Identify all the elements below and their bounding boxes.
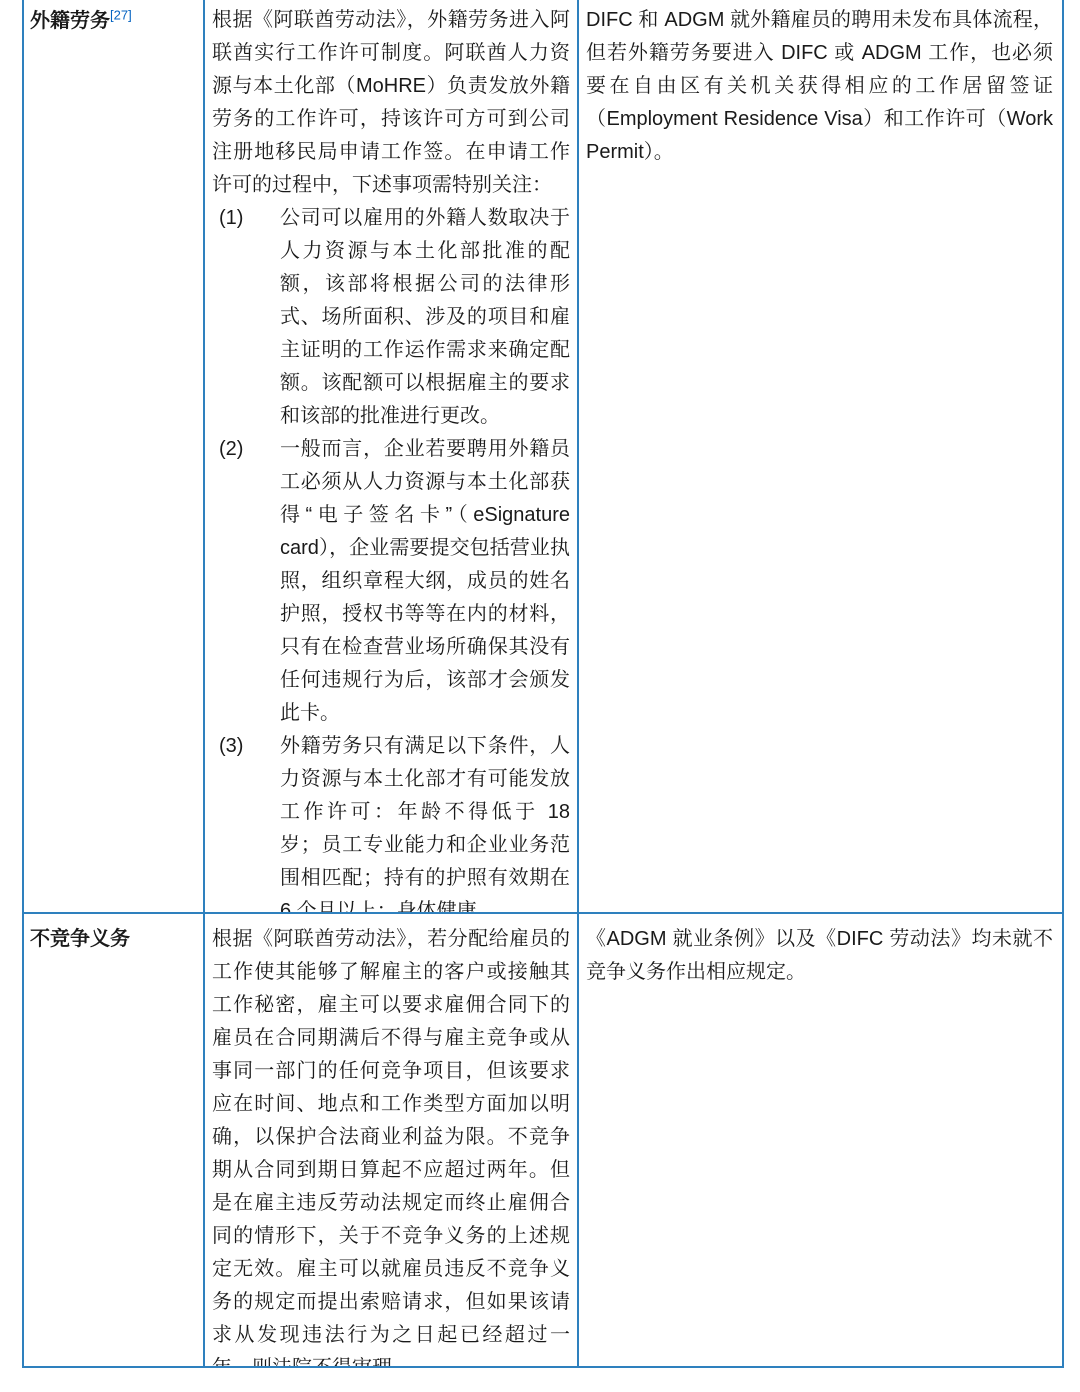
- list-item-number: (2): [212, 433, 280, 730]
- uae-law-cell-non-compete: 根据《阿联酋劳动法》，若分配给雇员的工作使其能够了解雇主的客户或接触其工作秘密，…: [203, 912, 577, 1366]
- document-page: 外籍劳务[27] 根据《阿联酋劳动法》，外籍劳务进入阿联酋实行工作许可制度。阿联…: [0, 0, 1080, 1392]
- list-item-number: (3): [212, 730, 280, 912]
- row-header-foreign-labor: 外籍劳务[27]: [24, 0, 203, 912]
- uae-law-numbered-list: (1) 公司可以雇用的外籍人数取决于人力资源与本土化部批准的配额，该部将根据公司…: [212, 202, 570, 912]
- footnote-reference-27[interactable]: [27]: [110, 7, 132, 22]
- free-zone-cell-non-compete: 《ADGM 就业条例》以及《DIFC 劳动法》均未就不竞争义务作出相应规定。: [577, 912, 1062, 1366]
- list-item: (1) 公司可以雇用的外籍人数取决于人力资源与本土化部批准的配额，该部将根据公司…: [212, 202, 570, 433]
- free-zone-paragraph: DIFC 和 ADGM 就外籍雇员的聘用未发布具体流程，但若外籍劳务要进入 DI…: [586, 4, 1053, 169]
- list-item-number: (1): [212, 202, 280, 433]
- list-item: (2) 一般而言，企业若要聘用外籍员工必须从人力资源与本土化部获得“电子签名卡”…: [212, 433, 570, 730]
- row-topic-label: 不竞争义务: [30, 928, 130, 950]
- uae-law-cell-foreign-labor: 根据《阿联酋劳动法》，外籍劳务进入阿联酋实行工作许可制度。阿联酋人力资源与本土化…: [203, 0, 577, 912]
- free-zone-paragraph: 《ADGM 就业条例》以及《DIFC 劳动法》均未就不竞争义务作出相应规定。: [586, 923, 1053, 989]
- labor-law-comparison-table: 外籍劳务[27] 根据《阿联酋劳动法》，外籍劳务进入阿联酋实行工作许可制度。阿联…: [22, 0, 1064, 1368]
- uae-law-paragraph: 根据《阿联酋劳动法》，若分配给雇员的工作使其能够了解雇主的客户或接触其工作秘密，…: [212, 923, 570, 1366]
- list-item-text: 一般而言，企业若要聘用外籍员工必须从人力资源与本土化部获得“电子签名卡”（eSi…: [280, 433, 570, 730]
- list-item: (3) 外籍劳务只有满足以下条件，人力资源与本土化部才有可能发放工作许可：年龄不…: [212, 730, 570, 912]
- list-item-text: 外籍劳务只有满足以下条件，人力资源与本土化部才有可能发放工作许可：年龄不得低于 …: [280, 730, 570, 912]
- row-header-non-compete: 不竞争义务: [24, 912, 203, 1366]
- row-topic-label: 外籍劳务: [30, 10, 110, 32]
- list-item-text: 公司可以雇用的外籍人数取决于人力资源与本土化部批准的配额，该部将根据公司的法律形…: [280, 202, 570, 433]
- uae-law-intro-paragraph: 根据《阿联酋劳动法》，外籍劳务进入阿联酋实行工作许可制度。阿联酋人力资源与本土化…: [212, 4, 570, 202]
- free-zone-cell-foreign-labor: DIFC 和 ADGM 就外籍雇员的聘用未发布具体流程，但若外籍劳务要进入 DI…: [577, 0, 1062, 912]
